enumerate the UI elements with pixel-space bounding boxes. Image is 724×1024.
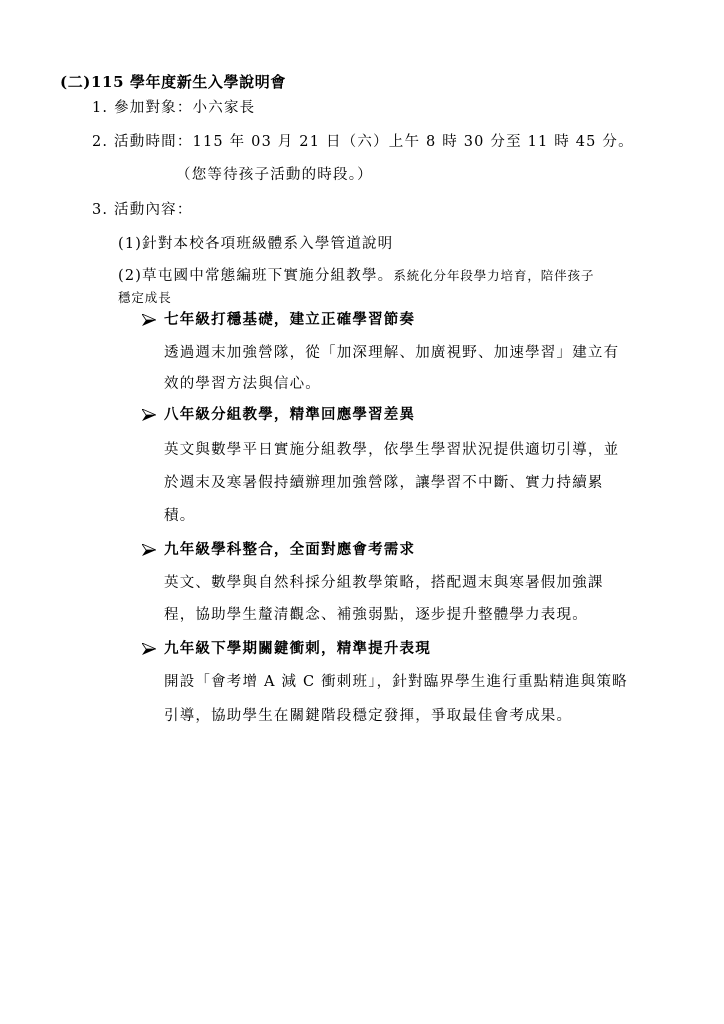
bullet-grade9-sprint: 九年級下學期關鍵衝刺，精準提升表現 <box>142 639 431 659</box>
section-title: (二)115 學年度新生入學說明會 <box>60 72 286 92</box>
bullet-grade9-sprint-line1: 開設「會考增 A 減 C 衝刺班」，針對臨界學生進行重點精進與策略 <box>164 672 628 692</box>
bullet-grade8-title: 八年級分組教學，精準回應學習差異 <box>164 406 415 423</box>
bullet-grade8: 八年級分組教學，精準回應學習差異 <box>142 405 415 425</box>
subitem-group-teaching-cont: 穩定成長 <box>118 288 172 308</box>
bullet-grade9-integration-title: 九年級學科整合，全面對應會考需求 <box>164 541 415 558</box>
bullet-grade7: 七年級打穩基礎，建立正確學習節奏 <box>142 310 415 330</box>
item-participants: 1. 參加對象：小六家長 <box>92 98 255 118</box>
arrow-bullet-icon <box>142 409 160 421</box>
item-activity-time-note: （您等待孩子活動的時段。） <box>176 165 373 185</box>
bullet-grade8-line3: 積。 <box>164 506 195 526</box>
subitem-admission-channels: (1)針對本校各項班級體系入學管道說明 <box>118 234 393 254</box>
bullet-grade8-line2: 於週末及寒暑假持續辦理加強營隊，讓學習不中斷、實力持續累 <box>164 473 604 493</box>
item-activity-content: 3. 活動內容： <box>92 200 193 220</box>
bullet-grade7-title: 七年級打穩基礎，建立正確學習節奏 <box>164 311 415 328</box>
arrow-bullet-icon <box>142 544 160 556</box>
subitem-group-teaching-main: (2)草屯國中常態編班下實施分組教學。 <box>118 268 393 284</box>
bullet-grade9-integration-line2: 程，協助學生釐清觀念、補強弱點，逐步提升整體學力表現。 <box>164 605 588 625</box>
bullet-grade7-line2: 效的學習方法與信心。 <box>164 374 321 394</box>
bullet-grade8-line1: 英文與數學平日實施分組教學，依學生學習狀況提供適切引導，並 <box>164 440 619 460</box>
bullet-grade9-integration: 九年級學科整合，全面對應會考需求 <box>142 540 415 560</box>
arrow-bullet-icon <box>142 314 160 326</box>
subitem-group-teaching: (2)草屯國中常態編班下實施分組教學。系統化分年段學力培育，陪伴孩子 <box>118 266 594 286</box>
item-activity-time: 2. 活動時間：115 年 03 月 21 日（六）上午 8 時 30 分至 1… <box>92 132 634 152</box>
bullet-grade9-sprint-title: 九年級下學期關鍵衝刺，精準提升表現 <box>164 640 431 657</box>
bullet-grade9-sprint-line2: 引導，協助學生在關鍵階段穩定發揮，爭取最佳會考成果。 <box>164 706 572 726</box>
subitem-group-teaching-small: 系統化分年段學力培育，陪伴孩子 <box>393 268 594 283</box>
bullet-grade7-line1: 透過週末加強營隊，從「加深理解、加廣視野、加速學習」建立有 <box>164 343 619 363</box>
bullet-grade9-integration-line1: 英文、數學與自然科採分組教學策略，搭配週末與寒暑假加強課 <box>164 573 604 593</box>
arrow-bullet-icon <box>142 643 160 655</box>
